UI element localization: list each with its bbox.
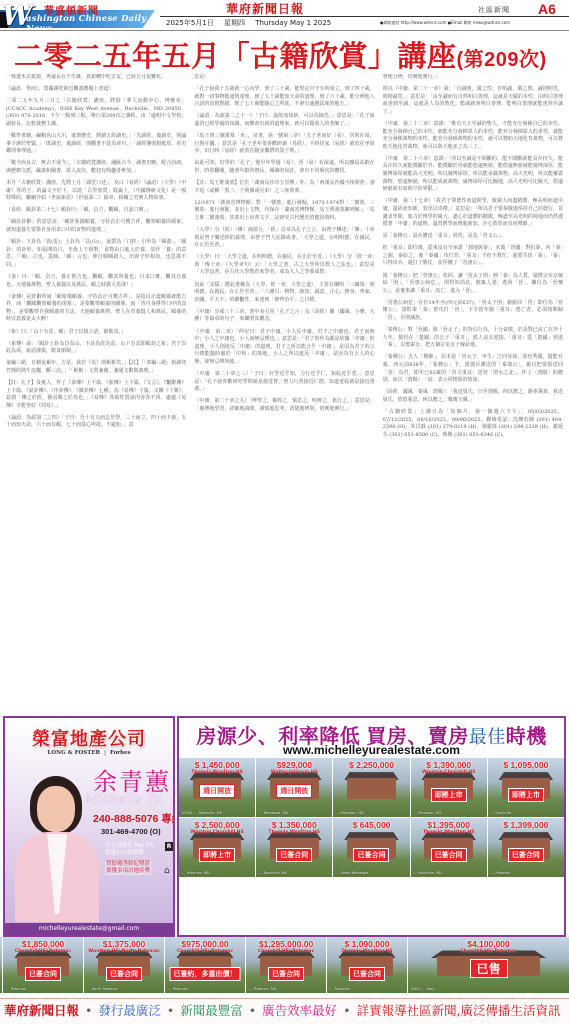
property-listing[interactable]: $ 1,350,000Thomas Wootton HS已簽合同..., Roc… — [256, 818, 332, 877]
dateline: 2025年5月1日 星期四 Thursday May 1 2025 — [166, 18, 339, 28]
article-paragraph: （中庸．第二章）「仲尼曰：君子中庸，小人反中庸。君子之中庸也，君子而時中；小人之… — [194, 329, 374, 367]
article-paragraph: 一株連本去拔掉，再還長在不生雜，貴甜糟中吃去雷，已經五月夜難花。 — [6, 74, 186, 82]
listing-price: $1,850,000 — [3, 939, 83, 949]
listing-status-badge: 已簽合同 — [508, 848, 544, 862]
listings-grid-bottom: $1,850,000Churchill HS/ Potomac已簽合同..., … — [0, 937, 569, 993]
article-paragraph: 「數學書籍，編輯名山大川，進筆歷史，將讀五經讀史。」「先讀經，後讀史，則論事不謬… — [6, 133, 186, 156]
article-paragraph: 本月「古籍欣賞」講座，先將上月「課堂口述」，及白（易經）（論語）（大學）（中庸）… — [6, 180, 186, 203]
listing-address: ..., Rockville — [490, 811, 511, 815]
realtor-icon: R — [165, 842, 173, 851]
agent-phone-office[interactable]: 301-469-4700 (O) — [101, 827, 161, 836]
article-paragraph: 「頤卦卦辭」的意思是：「頤卦象徵頤養，守持貞正可獲吉祥，觀察頤養的現象，就知道養… — [6, 219, 186, 234]
listing-address: 10004 ..., Rockville, MD — [181, 811, 222, 815]
article-paragraph: （彖傳）是卦辭所說「頤象徵頤養，守持貞正可獲吉祥」，是指以正道頤養就能吉祥，而「… — [6, 294, 186, 324]
listing-school: Walter Johnson HS — [256, 770, 332, 775]
listing-status-badge: 週日開放 — [199, 784, 235, 798]
property-listing[interactable]: $4,100,000Churchill HS/ Potomac已售10821 .… — [408, 937, 569, 993]
listing-price: $ 1,450,000 — [179, 760, 255, 770]
equal-housing-icon: ⌂ — [164, 866, 170, 876]
article-column-1: 一株連本去拔掉，再還長在不生雜，貴甜糟中吃去雷，已經五月夜難花。《論語．學而》，… — [6, 74, 186, 714]
article-paragraph: 「晉惠公病危」在位14年卒(西元前637)，「晉太子圉」偷偷回「晉」即位為「晉懷… — [383, 300, 563, 323]
listing-status-badge: 已簽約，多重出價！ — [170, 967, 241, 981]
article-paragraph: （中庸．第二十二章）意譯：「惟有天下至誠的聖人，才能充分發揮自己的本性，能充分發… — [383, 121, 563, 151]
listings-grid-middle: $ 2,500,000Winston Churchill HS即將上市..., … — [179, 818, 564, 877]
date-chinese: 2025年5月1日 — [166, 19, 214, 27]
listing-address: ..., North Potomac — [86, 987, 118, 991]
property-listing[interactable]: $ 1,095,000即將上市..., Rockville — [488, 758, 564, 817]
property-listing[interactable]: $ 1,090,000Thomas Wootton HS已簽合同..., Roc… — [327, 937, 407, 993]
article-paragraph: 慧地分辨，切實地實行。」 — [383, 74, 563, 82]
agent-panel: 榮富地產公司 LONG & FOSTER|Forbes 余青蕙 Michelle… — [3, 716, 175, 937]
agent-award-text: 賀德優秀經紀獎賞 榮獲多項房地產獎 — [105, 861, 151, 875]
company-name: 榮富地產公司 — [5, 725, 173, 751]
article-paragraph: （中庸．第二十章之三）「子曰：好學近乎知，力行近乎仁，知恥近乎勇。」意思是：「孔… — [194, 371, 374, 394]
article-paragraph: 二零二五年五月三日之「古籍欣賞」講座，將假「華人活動中心，博雅苑」(CCACC … — [6, 98, 186, 128]
section-label: 社區新聞 — [478, 5, 510, 15]
article-paragraph: 後「秦穆公」把「晉惠公」放回，讓「晉太子圉」到「秦」為人質，還將宗室女嫁給「圉」… — [383, 273, 563, 296]
listing-address: ..., Rockville — [329, 987, 350, 991]
article-paragraph: 「數今而良古，無古不成今」，「古籍欣賞講座，融匯古今，讀書史略，配合詩詞。與歷朝… — [6, 160, 186, 175]
footer-circulation: 發行最廣泛 — [98, 1003, 161, 1018]
header-bottom-rule — [0, 30, 569, 31]
article-paragraph: 「頤卦」下卦為「震(雷)」上卦為「艮(山)」，說質為「口腔」引申為「頤養」。「頤… — [6, 239, 186, 269]
listing-status-badge: 即將上市 — [508, 788, 544, 802]
agent-phone-primary[interactable]: 240-888-5076 專線 — [93, 811, 175, 826]
article-paragraph: 【註：馬王堆漢墓】位於「湖南長沙市五里牌」外，為「西漢長沙國丞相利蒼」妻辛追（或… — [194, 180, 374, 195]
listing-status-badge: 已簽合同 — [106, 967, 142, 981]
header-rule — [160, 16, 569, 17]
property-listing[interactable]: $1,295,000.00Churchill HS/ Potomac已簽合同..… — [246, 937, 326, 993]
article-paragraph: （中庸．第二十章之九）「博學之，審問之，慎思之，明辨之，篤行之。」意思是：「廣博… — [194, 398, 374, 413]
footer-paper-name: 華府新聞日報 — [4, 1003, 79, 1018]
listing-status-badge: 即將上市 — [431, 788, 467, 802]
article-paragraph: 【註：孔子】及後人，作了《彖傳》上下篇、《象傳》上下篇、《文言》、《繫辭傳》上下… — [6, 380, 186, 410]
logo-english-name: ashington Chinese Daily News — [26, 14, 160, 34]
listing-price: $1,295,000.00 — [246, 939, 326, 949]
property-listing[interactable]: $929,000Walter Johnson HS週日開放..., Bethes… — [256, 758, 332, 817]
listing-price: $ 1,399,000 — [488, 820, 564, 830]
footer-slogan-bar: 華府新聞日報•發行最廣泛•新聞最豐富•廣告效率最好•詳實報導社區新聞,廣泛傳播生… — [0, 998, 569, 1024]
listing-address: ..., Potomac, MD — [335, 811, 364, 815]
article-paragraph: 「秦穆公」夫人「穆姬」，原本是「晉太子，申生」之同母妹，姿色秀麗，賢能有義。西元… — [383, 354, 563, 384]
footer-community: 詳實報導社區新聞,廣泛傳播生活資訊 — [357, 1003, 561, 1018]
article-paragraph: （彖）曰：「頤，貞吉，養正則吉也。觀頤，觀其所養也；自求口實，觀其自養也。天地養… — [6, 274, 186, 289]
article-paragraph: （大學）曰：「大學之道，在明明德，在親民，在止於至善。」（大學）分「經一章」與「… — [194, 254, 374, 277]
listing-school: Winston Churchill HS — [411, 770, 487, 775]
listing-price: $929,000 — [256, 760, 332, 770]
listing-address: ..., Potomac, MD — [413, 811, 442, 815]
listing-status-badge: 已簽合同 — [349, 967, 385, 981]
listing-school: Churchill HS/ Potomac — [165, 949, 245, 954]
article-paragraph: 思是： — [194, 74, 374, 82]
article-paragraph: 《論語．學而》，賞蘿謝吃新近觀畫聘題上書道》 — [6, 86, 186, 94]
listing-school: Churchill HS/ Potomac — [408, 949, 569, 954]
article-paragraph: （象）曰：「山下有雷，頤；君子以慎言語，節飲食。」 — [6, 329, 186, 337]
article-paragraph: 「古籍欣賞」上課日為「每個月，第一個週六下午」，05/03/2025，07/12… — [383, 409, 563, 439]
house-photo — [347, 778, 396, 799]
listing-price: $ 1,095,000 — [488, 760, 564, 770]
footer-ads: 廣告效率最好 — [262, 1003, 337, 1018]
article-paragraph: 「孔子說我十五歲就一心向學，到了三十歲，能堅定自守有所成立，到了四十歲，就對一切… — [194, 86, 374, 109]
listing-school: Thomas Wootton HS — [327, 949, 407, 954]
broker-logos: LONG & FOSTER|Forbes — [5, 750, 173, 756]
listing-address: 10821 ... Way — [410, 987, 434, 991]
property-listing[interactable]: $ 2,500,000Winston Churchill HS即將上市..., … — [179, 818, 255, 877]
page-number: A6 — [538, 1, 556, 17]
article-paragraph: 彖編三絕，日積夜累年，吉是，我於《易》則彬彬矣。」【註】「「韋編三絕」指讀穿竹簡… — [6, 360, 186, 375]
listing-status-badge: 已簽合同 — [431, 848, 467, 862]
listing-price: $ 1,090,000 — [327, 939, 407, 949]
contact-line: ●網路連結 http://www.wdnns.com ●Email 聯絡 new… — [380, 20, 510, 26]
property-listing[interactable]: $975,000.00Churchill HS/ Potomac已簽約，多重出價… — [165, 937, 245, 993]
listing-price: $ 1,350,000 — [256, 820, 332, 830]
listing-address: ..., Bethesda, MD — [258, 811, 288, 815]
listing-school: Churchill HS/ Potomac — [3, 949, 83, 954]
listing-price: $ 1,390,000 — [411, 760, 487, 770]
listing-address: ..., Potomac — [5, 987, 26, 991]
listing-address: ..., Rockville, MD — [413, 871, 442, 875]
article-column-3: 慧地分辨，切實地實行。」所以（中庸．第二十一章）說：「自誠明，謂之性；自明誠，謂… — [383, 74, 563, 714]
listing-address: ..., Potomac, MD — [248, 987, 277, 991]
headline-main: 二零二五年五月「古籍欣賞」講座 — [14, 41, 457, 73]
property-listing[interactable]: $ 1,450,000Thomas Wootton HS週日開放10004 ..… — [179, 758, 255, 817]
listing-price: $1,395,000 — [411, 820, 487, 830]
article-body: 一株連本去拔掉，再還長在不生雜，貴甜糟中吃去雷，已經五月夜難花。《論語．學而》，… — [6, 74, 563, 714]
article-headline: 二零二五年五月「古籍欣賞」講座(第209次) — [14, 34, 559, 70]
listing-status-badge: 已簽合同 — [353, 848, 389, 862]
article-paragraph: 是「秦穆公」設兵護送「重耳」回晉，是為「晉文公」。 — [383, 233, 563, 241]
newspaper-logo: W 華盛頓新聞 ashington Chinese Daily News — [0, 1, 160, 30]
article-paragraph: （象傳）說：「頤卦上卦為艮為山，下卦為震為雷，山下有雷即頤卦之象；君子以此為戒，… — [6, 341, 186, 356]
listing-status-badge: 週日開放 — [276, 784, 312, 798]
article-paragraph: （中庸．第二十七章）「故君子尊德性而道問學，致廣大而盡精微，極高明而道中庸，溫故… — [383, 198, 563, 228]
real-estate-ad: 榮富地產公司 LONG & FOSTER|Forbes 余青蕙 Michelle… — [0, 716, 569, 995]
listing-address: ..., Potomac, MD — [181, 871, 210, 875]
listings-panel: 房源少、利率降低 買房、賣房最佳時機 www.michelleyurealest… — [177, 716, 566, 937]
article-paragraph: （中庸）分成三十三章，書中多引用「孔子之言」及（詩經）關（國風，小雅，大雅）等篇… — [194, 309, 374, 324]
listing-status-badge: 已簽合同 — [276, 848, 312, 862]
article-paragraph: （中庸．第二十六章）意譯：「所以至誠是不間斷的，能不間斷就能長存持久，能長存持久… — [383, 156, 563, 194]
masthead-title: 華府新聞日報 — [226, 0, 304, 17]
listing-price: $1,375,000 — [84, 939, 164, 949]
listings-grid-top: $ 1,450,000Thomas Wootton HS週日開放10004 ..… — [179, 758, 564, 817]
article-paragraph: 所以（中庸．第二十一章）說：「自誠明，謂之性；自明誠，謂之教。誠則明矣，明則誠矣… — [383, 86, 563, 116]
listing-school: Thomas Wootton HS — [256, 830, 332, 835]
listing-address: ..., North Bethesda — [335, 871, 368, 875]
article-column-2: 思是：「孔子說我十五歲就一心向學，到了三十歲，能堅定自守有所成立，到了四十歲，就… — [194, 74, 374, 714]
listing-address: ..., Potomac — [167, 987, 188, 991]
listing-school: Thomas Wootton HS — [179, 770, 255, 775]
agent-name-english: Michelle Yu — [85, 792, 162, 807]
listing-status-badge: 已簽合同 — [25, 967, 61, 981]
listing-price: $ 2,500,000 — [179, 820, 255, 830]
date-english: Thursday May 1 2025 — [255, 19, 331, 27]
property-listing[interactable]: $1,395,000Thomas Wootton HS已簽合同..., Rock… — [411, 818, 487, 877]
property-listing[interactable]: $ 645,000已簽合同..., North Bethesda — [333, 818, 409, 877]
listing-school: Thomas Wootton HS — [411, 830, 487, 835]
article-paragraph: 「秦穆公」對「晉國」與「晉太子」的背信行為，十分氣憤，於是對已流亡在外十九年，蟄… — [383, 327, 563, 350]
page-header: W 華盛頓新聞 ashington Chinese Daily News 華府新… — [0, 0, 569, 32]
listing-status-badge: 已售 — [469, 959, 507, 978]
listing-school: Wootton HS/ North Potomac — [84, 949, 164, 954]
listing-price: $4,100,000 — [408, 939, 569, 949]
listing-price: $ 645,000 — [333, 820, 409, 830]
broker-long-foster: LONG & FOSTER — [47, 750, 100, 756]
agent-email[interactable]: michelleyurealestate@gmail.com — [5, 923, 173, 935]
property-listing[interactable]: $ 1,390,000Winston Churchill HS即將上市..., … — [411, 758, 487, 817]
article-paragraph: 由此可知，好學的「孔子」他早年學過（易），晉（易）有深遠，所以雖屆高齡在世，時常… — [194, 160, 374, 175]
headline-session: (第209次) — [457, 49, 547, 71]
property-listing[interactable]: $1,850,000Churchill HS/ Potomac已簽合同..., … — [3, 937, 83, 993]
property-listing[interactable]: $ 2,250,000..., Potomac, MD — [333, 758, 409, 817]
listing-school: Winston Churchill HS — [179, 830, 255, 835]
article-paragraph: 12/1971「湖南省博物館」對「一號墓」進行發掘，1973-1974對「二號墓… — [194, 200, 374, 223]
article-paragraph: （詩經．國風．秦風．渭陽）：「我送舅氏，曰至渭陽，何以贈之，路車乘黃。我送舅氏，… — [383, 389, 563, 404]
article-paragraph: 但「重耳」即位後，從來沒有守承諾「割地與秦」，未後「晉國」對抗秦，內「秦」之圍，… — [383, 245, 563, 268]
footer-news: 新聞最豐富 — [180, 1003, 243, 1018]
agent-ranking-badge: 全公司排名 Top 1% 榮獲公司業績獎 — [105, 843, 154, 857]
property-listing[interactable]: $ 1,399,000已簽合同..., Potomac — [488, 818, 564, 877]
article-paragraph: （易經．頤卦第二十七）頤卦曰：「頤，貞吉，觀頤，自求口實。」 — [6, 207, 186, 215]
listing-price: $ 2,250,000 — [333, 760, 409, 770]
listing-price: $975,000.00 — [165, 939, 245, 949]
article-paragraph: （論語．為政第二之四）「子曰：吾十有五而志於學，三十而立，四十而不惑，五十而知天… — [6, 415, 186, 430]
article-paragraph: （馬王堆三號漢墓「帛」，帛書，第一號第三章）「夫子老而好（易），居則在席，行則在… — [194, 133, 374, 156]
listing-photo-edge — [0, 937, 2, 993]
article-paragraph: （大學）分（經）（傳）兩部分，「經」首章為孔子之言，由曾子轉述；「傳」十章則是曾… — [194, 227, 374, 250]
listing-address: ..., Potomac — [490, 871, 511, 875]
property-listing[interactable]: $1,375,000Wootton HS/ North Potomac已簽合同.… — [84, 937, 164, 993]
listing-status-badge: 已簽合同 — [268, 967, 304, 981]
listing-status-badge: 即將上市 — [199, 848, 235, 862]
broker-forbes: Forbes — [110, 750, 131, 756]
ad-website[interactable]: www.michelleyurealestate.com — [179, 743, 564, 757]
weekday-chinese: 星期四 — [224, 19, 245, 27]
article-paragraph: （論語．為政第二之十一）「子曰：溫故而知新，可以為師矣。」意思是：「孔子說溫習已… — [194, 113, 374, 128]
listing-school: Churchill HS/ Potomac — [246, 949, 326, 954]
listing-address: ..., Rockville, MD — [258, 871, 287, 875]
article-paragraph: 因此「宋儒」將此書稱為（大學，經一章，大學之道），主要在闡明「三綱領：明明德，在… — [194, 282, 374, 305]
